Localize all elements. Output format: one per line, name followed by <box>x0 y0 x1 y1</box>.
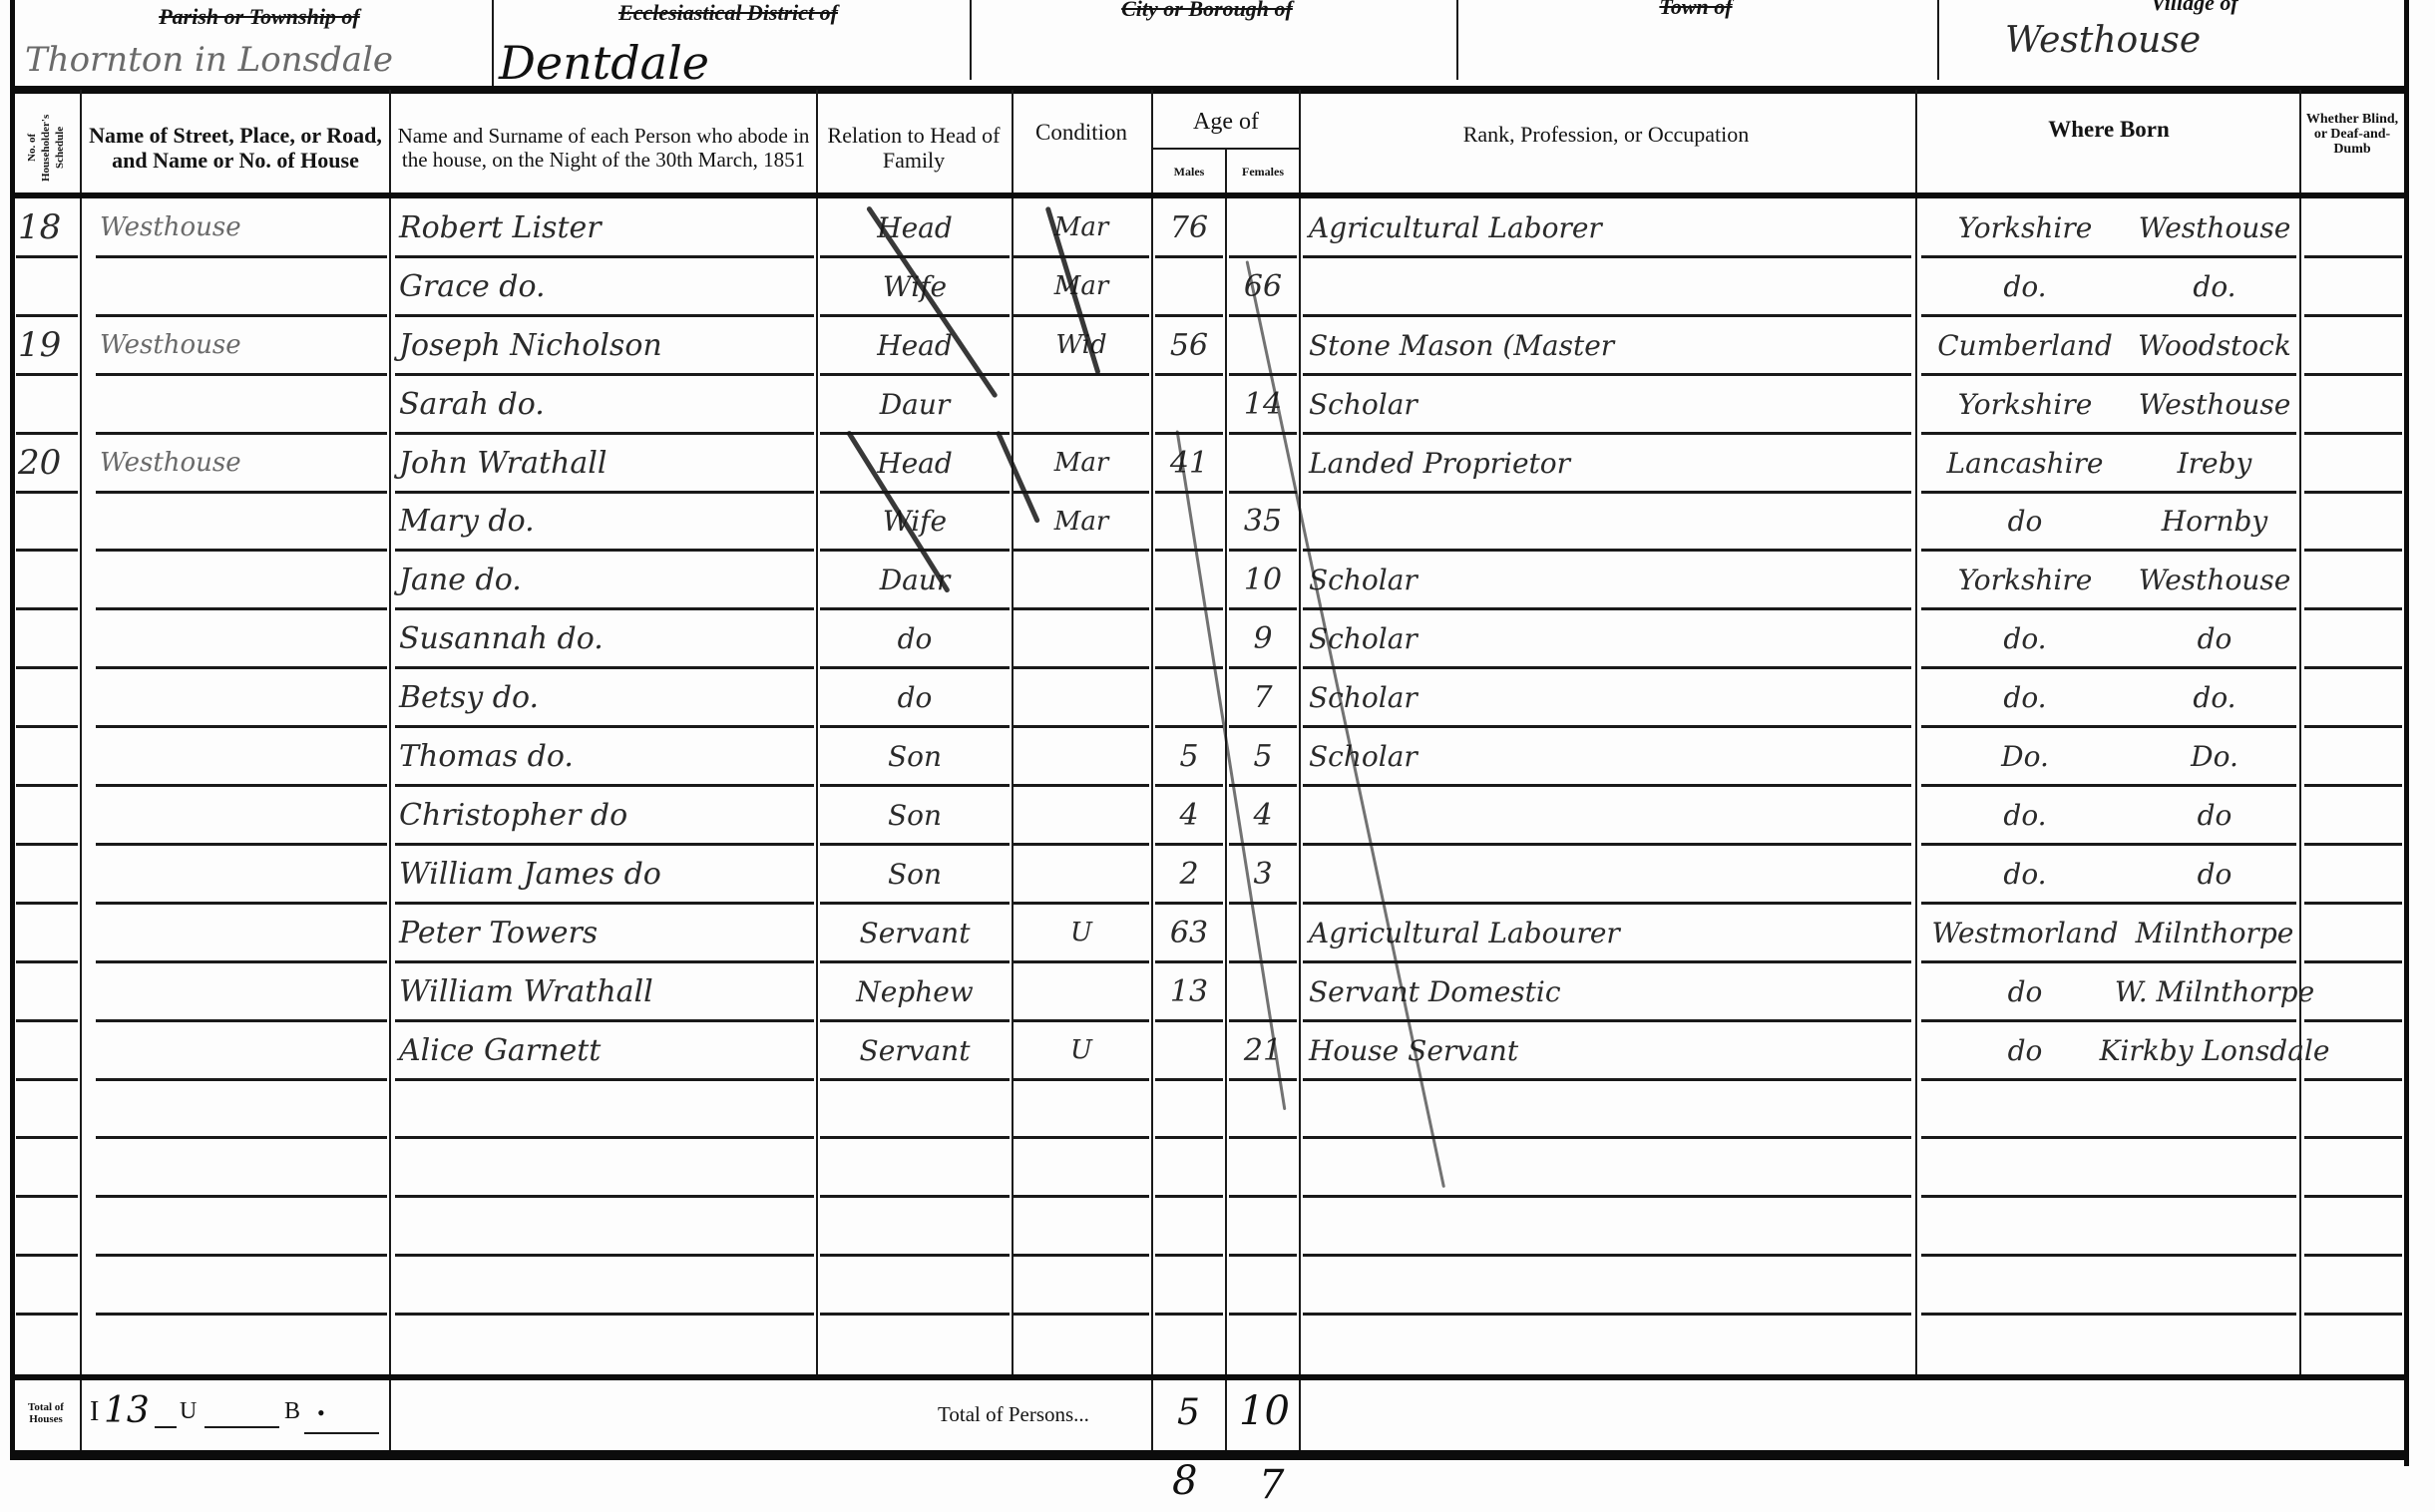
row-rule <box>1303 491 1911 494</box>
divider <box>492 0 494 88</box>
cell-name: Sarah do. <box>399 379 813 430</box>
u-underline <box>155 1426 177 1428</box>
row-rule <box>2304 255 2402 258</box>
cell-condition <box>1014 613 1149 664</box>
row-rule <box>395 1313 814 1316</box>
row-rule <box>16 902 78 905</box>
row-rule <box>820 1019 1010 1022</box>
cell-female-age: 35 <box>1227 497 1299 548</box>
ecclesiastical-label: Ecclesiastical District of <box>569 0 888 26</box>
total-houses-label: Total of Houses <box>14 1380 78 1446</box>
row-rule <box>2304 902 2402 905</box>
row-rule <box>1155 902 1223 905</box>
cell-relation: do <box>820 613 1010 664</box>
col-divider <box>80 90 82 1456</box>
row-rule <box>1014 607 1149 610</box>
row-rule <box>1303 666 1911 669</box>
row-rule <box>820 784 1010 787</box>
cell-schedule <box>18 1201 78 1252</box>
cell-occupation <box>1309 261 1907 312</box>
cell-street <box>100 731 384 782</box>
cell-born-place <box>2125 1084 2304 1135</box>
row-rule <box>1921 373 2296 376</box>
cell-relation <box>820 1142 1010 1193</box>
cell-street <box>100 790 384 841</box>
cell-born-place <box>2125 1319 2304 1369</box>
cell-male-age: 76 <box>1153 202 1225 253</box>
houses-prefix: I <box>90 1396 99 1428</box>
age-subrule <box>1153 148 1299 150</box>
bottom-rule <box>10 1450 2404 1460</box>
row-rule <box>1303 784 1911 787</box>
cell-born-county: do <box>1925 1025 2125 1076</box>
header-where-born: Where Born <box>1919 90 2298 170</box>
cell-name: Joseph Nicholson <box>399 320 813 371</box>
row-rule <box>1014 960 1149 963</box>
row-rule <box>1229 666 1297 669</box>
row-rule <box>820 725 1010 728</box>
cell-occupation <box>1309 1201 1907 1252</box>
row-rule <box>395 607 814 610</box>
cell-street <box>100 672 384 723</box>
cell-schedule <box>18 555 78 605</box>
cell-occupation: Scholar <box>1309 613 1907 664</box>
row-rule <box>96 1019 387 1022</box>
cell-born-place: do <box>2125 613 2304 664</box>
row-rule <box>1014 1078 1149 1081</box>
row-rule <box>1014 902 1149 905</box>
cell-female-age: 21 <box>1227 1025 1299 1076</box>
row-rule <box>16 1019 78 1022</box>
cell-male-age <box>1153 1025 1225 1076</box>
row-rule <box>395 1078 814 1081</box>
cell-condition <box>1014 731 1149 782</box>
cell-condition <box>1014 849 1149 900</box>
cell-relation: Head <box>820 438 1010 489</box>
cell-born-county: Cumberland <box>1925 320 2125 371</box>
row-rule <box>1229 1078 1297 1081</box>
cell-street: Westhouse <box>100 438 384 489</box>
cell-street <box>100 261 384 312</box>
row-rule <box>1155 1078 1223 1081</box>
row-rule <box>96 725 387 728</box>
row-rule <box>395 843 814 846</box>
total-females: 10 <box>1239 1388 1290 1434</box>
cell-occupation <box>1309 1084 1907 1135</box>
cell-born-place: Westhouse <box>2125 379 2304 430</box>
cell-schedule <box>18 966 78 1017</box>
row-rule <box>1921 432 2296 435</box>
row-rule <box>395 1254 814 1257</box>
row-rule <box>96 1195 387 1198</box>
cell-schedule: 19 <box>18 320 78 371</box>
row-rule <box>820 314 1010 317</box>
cell-condition <box>1014 1201 1149 1252</box>
row-rule <box>1155 1254 1223 1257</box>
row-rule <box>1155 843 1223 846</box>
cell-male-age <box>1153 1201 1225 1252</box>
cell-born-county: Do. <box>1925 731 2125 782</box>
cell-relation: Head <box>820 202 1010 253</box>
cell-male-age: 13 <box>1153 966 1225 1017</box>
cell-schedule <box>18 1260 78 1311</box>
cell-born-county: do. <box>1925 790 2125 841</box>
row-rule <box>1014 725 1149 728</box>
row-rule <box>820 607 1010 610</box>
row-rule <box>1014 549 1149 552</box>
row-rule <box>16 1078 78 1081</box>
heading-rule <box>10 192 2404 198</box>
row-rule <box>2304 432 2402 435</box>
row-rule <box>1155 314 1223 317</box>
cell-schedule: 20 <box>18 438 78 489</box>
row-rule <box>16 607 78 610</box>
row-rule <box>16 1313 78 1316</box>
row-rule <box>2304 784 2402 787</box>
cell-schedule <box>18 1025 78 1076</box>
row-rule <box>1921 1136 2296 1139</box>
divider <box>1937 0 1939 80</box>
cell-occupation <box>1309 1319 1907 1369</box>
row-rule <box>1229 255 1297 258</box>
row-rule <box>2304 491 2402 494</box>
row-rule <box>1921 255 2296 258</box>
cell-born-county: do. <box>1925 849 2125 900</box>
cell-male-age <box>1153 1084 1225 1135</box>
cell-schedule <box>18 497 78 548</box>
cell-name <box>399 1319 813 1369</box>
row-rule <box>820 491 1010 494</box>
cell-name: Alice Garnett <box>399 1025 813 1076</box>
cell-born-county: do. <box>1925 613 2125 664</box>
cell-born-county <box>1925 1201 2125 1252</box>
row-rule <box>96 432 387 435</box>
cell-street <box>100 908 384 958</box>
row-rule <box>1155 1195 1223 1198</box>
row-rule <box>1921 549 2296 552</box>
row-rule <box>1303 725 1911 728</box>
row-rule <box>395 491 814 494</box>
col-divider <box>1915 90 1917 1376</box>
row-rule <box>1229 607 1297 610</box>
row-rule <box>1229 491 1297 494</box>
cell-relation: do <box>820 672 1010 723</box>
header-condition: Condition <box>1014 98 1149 168</box>
row-rule <box>2304 666 2402 669</box>
cell-born-place: Kirkby Lonsdale <box>2125 1025 2304 1076</box>
cell-schedule: 18 <box>18 202 78 253</box>
row-rule <box>16 784 78 787</box>
row-rule <box>1014 491 1149 494</box>
cell-schedule <box>18 1319 78 1369</box>
cell-born-place <box>2125 1260 2304 1311</box>
cell-schedule <box>18 613 78 664</box>
cell-born-place: do <box>2125 790 2304 841</box>
cell-condition <box>1014 555 1149 605</box>
cell-schedule <box>18 790 78 841</box>
cell-female-age: 14 <box>1227 379 1299 430</box>
row-rule <box>1014 432 1149 435</box>
row-rule <box>1155 725 1223 728</box>
cell-condition: Mar <box>1014 202 1149 253</box>
row-rule <box>16 960 78 963</box>
row-rule <box>2304 549 2402 552</box>
cell-born-county: do <box>1925 497 2125 548</box>
row-rule <box>1014 1313 1149 1316</box>
row-rule <box>16 432 78 435</box>
cell-condition <box>1014 1142 1149 1193</box>
header-street: Name of Street, Place, or Road, and Name… <box>84 100 387 195</box>
row-rule <box>1229 1136 1297 1139</box>
cell-occupation: House Servant <box>1309 1025 1907 1076</box>
tally-males: 8 <box>1172 1458 1197 1504</box>
cell-occupation: Landed Proprietor <box>1309 438 1907 489</box>
row-rule <box>395 960 814 963</box>
cell-relation: Daur <box>820 555 1010 605</box>
row-rule <box>96 902 387 905</box>
cell-name <box>399 1201 813 1252</box>
cell-male-age <box>1153 1260 1225 1311</box>
cell-condition <box>1014 1319 1149 1369</box>
divider <box>970 0 972 80</box>
cell-relation: Head <box>820 320 1010 371</box>
cell-born-county: Yorkshire <box>1925 379 2125 430</box>
ecclesiastical-value: Dentdale <box>499 36 709 90</box>
cell-street <box>100 966 384 1017</box>
cell-male-age: 4 <box>1153 790 1225 841</box>
row-rule <box>1921 1254 2296 1257</box>
row-rule <box>820 255 1010 258</box>
row-rule <box>1921 902 2296 905</box>
row-rule <box>1303 1078 1911 1081</box>
row-rule <box>1303 1195 1911 1198</box>
cell-schedule <box>18 731 78 782</box>
row-rule <box>1303 1254 1911 1257</box>
row-rule <box>1155 1019 1223 1022</box>
cell-condition: U <box>1014 908 1149 958</box>
total-persons-label: Total of Persons... <box>938 1402 1089 1427</box>
divider <box>1456 0 1458 80</box>
cell-street: Westhouse <box>100 202 384 253</box>
header-schedule: No. of Householder's Schedule <box>14 100 78 195</box>
row-rule <box>820 1254 1010 1257</box>
cell-female-age: 10 <box>1227 555 1299 605</box>
row-rule <box>1155 784 1223 787</box>
row-rule <box>96 1078 387 1081</box>
row-rule <box>16 1254 78 1257</box>
cell-name: Grace do. <box>399 261 813 312</box>
row-rule <box>2304 1019 2402 1022</box>
row-rule <box>1155 549 1223 552</box>
cell-born-county: Yorkshire <box>1925 202 2125 253</box>
cell-condition: U <box>1014 1025 1149 1076</box>
row-rule <box>1921 314 2296 317</box>
cell-street <box>100 1201 384 1252</box>
row-rule <box>1303 1019 1911 1022</box>
village-label: Village of <box>2095 0 2294 16</box>
cell-occupation <box>1309 790 1907 841</box>
cell-female-age <box>1227 1142 1299 1193</box>
row-rule <box>1921 666 2296 669</box>
cell-street <box>100 1260 384 1311</box>
cell-born-place <box>2125 1142 2304 1193</box>
cell-born-place: do. <box>2125 672 2304 723</box>
cell-name: Robert Lister <box>399 202 813 253</box>
cell-relation <box>820 1201 1010 1252</box>
cell-condition: Mar <box>1014 261 1149 312</box>
cell-male-age: 63 <box>1153 908 1225 958</box>
row-rule <box>1229 1254 1297 1257</box>
cell-name: John Wrathall <box>399 438 813 489</box>
row-rule <box>1921 1313 2296 1316</box>
cell-female-age: 66 <box>1227 261 1299 312</box>
cell-name: Jane do. <box>399 555 813 605</box>
cell-female-age <box>1227 1201 1299 1252</box>
cell-schedule <box>18 908 78 958</box>
row-rule <box>1155 255 1223 258</box>
row-rule <box>1921 1195 2296 1198</box>
cell-condition <box>1014 1084 1149 1135</box>
cell-born-county: do. <box>1925 261 2125 312</box>
cell-born-county: do <box>1925 966 2125 1017</box>
col-divider <box>1299 90 1301 1456</box>
cell-schedule <box>18 1084 78 1135</box>
cell-street: Westhouse <box>100 320 384 371</box>
cell-born-place: Woodstock <box>2125 320 2304 371</box>
row-rule <box>1921 725 2296 728</box>
row-rule <box>1229 373 1297 376</box>
cell-born-place: do. <box>2125 261 2304 312</box>
cell-female-age: 7 <box>1227 672 1299 723</box>
cell-street <box>100 1025 384 1076</box>
row-rule <box>395 725 814 728</box>
cell-name <box>399 1142 813 1193</box>
row-rule <box>1303 902 1911 905</box>
row-rule <box>16 666 78 669</box>
row-rule <box>2304 1195 2402 1198</box>
cell-male-age <box>1153 555 1225 605</box>
row-rule <box>1014 784 1149 787</box>
row-rule <box>96 491 387 494</box>
cell-born-place: do <box>2125 849 2304 900</box>
row-rule <box>16 1195 78 1198</box>
cell-schedule <box>18 849 78 900</box>
cell-female-age <box>1227 1260 1299 1311</box>
row-rule <box>96 960 387 963</box>
row-rule <box>2304 314 2402 317</box>
row-rule <box>16 843 78 846</box>
cell-male-age: 5 <box>1153 731 1225 782</box>
row-rule <box>2304 1078 2402 1081</box>
cell-female-age <box>1227 202 1299 253</box>
parish-value: Thornton in Lonsdale <box>25 40 393 80</box>
cell-male-age: 56 <box>1153 320 1225 371</box>
row-rule <box>96 314 387 317</box>
row-rule <box>820 902 1010 905</box>
cell-born-county <box>1925 1319 2125 1369</box>
row-rule <box>1014 1254 1149 1257</box>
building-label: B <box>284 1398 300 1425</box>
cell-male-age <box>1153 1319 1225 1369</box>
row-rule <box>96 1136 387 1139</box>
row-rule <box>1921 491 2296 494</box>
cell-condition <box>1014 966 1149 1017</box>
row-rule <box>1303 607 1911 610</box>
cell-name: William Wrathall <box>399 966 813 1017</box>
cell-born-place: Westhouse <box>2125 555 2304 605</box>
row-rule <box>2304 960 2402 963</box>
cell-male-age <box>1153 1142 1225 1193</box>
left-border <box>10 0 15 1456</box>
total-houses-value: 13 <box>104 1390 150 1431</box>
row-rule <box>96 549 387 552</box>
header-males: Males <box>1153 152 1225 191</box>
cell-relation: Wife <box>820 261 1010 312</box>
row-rule <box>820 666 1010 669</box>
row-rule <box>96 666 387 669</box>
row-rule <box>1303 314 1911 317</box>
cell-male-age: 41 <box>1153 438 1225 489</box>
cell-relation: Servant <box>820 908 1010 958</box>
row-rule <box>1303 1313 1911 1316</box>
header-females: Females <box>1227 152 1299 191</box>
row-rule <box>1229 843 1297 846</box>
row-rule <box>96 373 387 376</box>
row-rule <box>1229 725 1297 728</box>
cell-female-age: 5 <box>1227 731 1299 782</box>
cell-condition <box>1014 1260 1149 1311</box>
row-rule <box>1014 373 1149 376</box>
cell-relation: Son <box>820 849 1010 900</box>
row-rule <box>395 549 814 552</box>
cell-street <box>100 497 384 548</box>
row-rule <box>1229 902 1297 905</box>
cell-born-county: Lancashire <box>1925 438 2125 489</box>
row-rule <box>1229 1195 1297 1198</box>
cell-born-place: Milnthorpe <box>2125 908 2304 958</box>
cell-relation: Son <box>820 790 1010 841</box>
row-rule <box>1014 843 1149 846</box>
cell-street <box>100 1319 384 1369</box>
cell-schedule <box>18 672 78 723</box>
row-rule <box>1229 784 1297 787</box>
cell-street <box>100 1084 384 1135</box>
row-rule <box>1303 373 1911 376</box>
row-rule <box>1303 255 1911 258</box>
row-rule <box>96 1313 387 1316</box>
cell-schedule <box>18 379 78 430</box>
cell-occupation <box>1309 849 1907 900</box>
row-rule <box>96 607 387 610</box>
row-rule <box>1155 1136 1223 1139</box>
cell-schedule <box>18 1142 78 1193</box>
cell-name: Thomas do. <box>399 731 813 782</box>
cell-occupation <box>1309 1142 1907 1193</box>
row-rule <box>1921 607 2296 610</box>
row-rule <box>820 960 1010 963</box>
row-rule <box>395 373 814 376</box>
right-border <box>2404 0 2409 1466</box>
cell-male-age <box>1153 261 1225 312</box>
cell-born-county <box>1925 1084 2125 1135</box>
cell-name: Mary do. <box>399 497 813 548</box>
cell-born-county <box>1925 1260 2125 1311</box>
cell-condition: Mar <box>1014 497 1149 548</box>
row-rule <box>395 314 814 317</box>
row-rule <box>1303 432 1911 435</box>
row-rule <box>16 255 78 258</box>
header-name: Name and Surname of each Person who abod… <box>393 98 814 197</box>
